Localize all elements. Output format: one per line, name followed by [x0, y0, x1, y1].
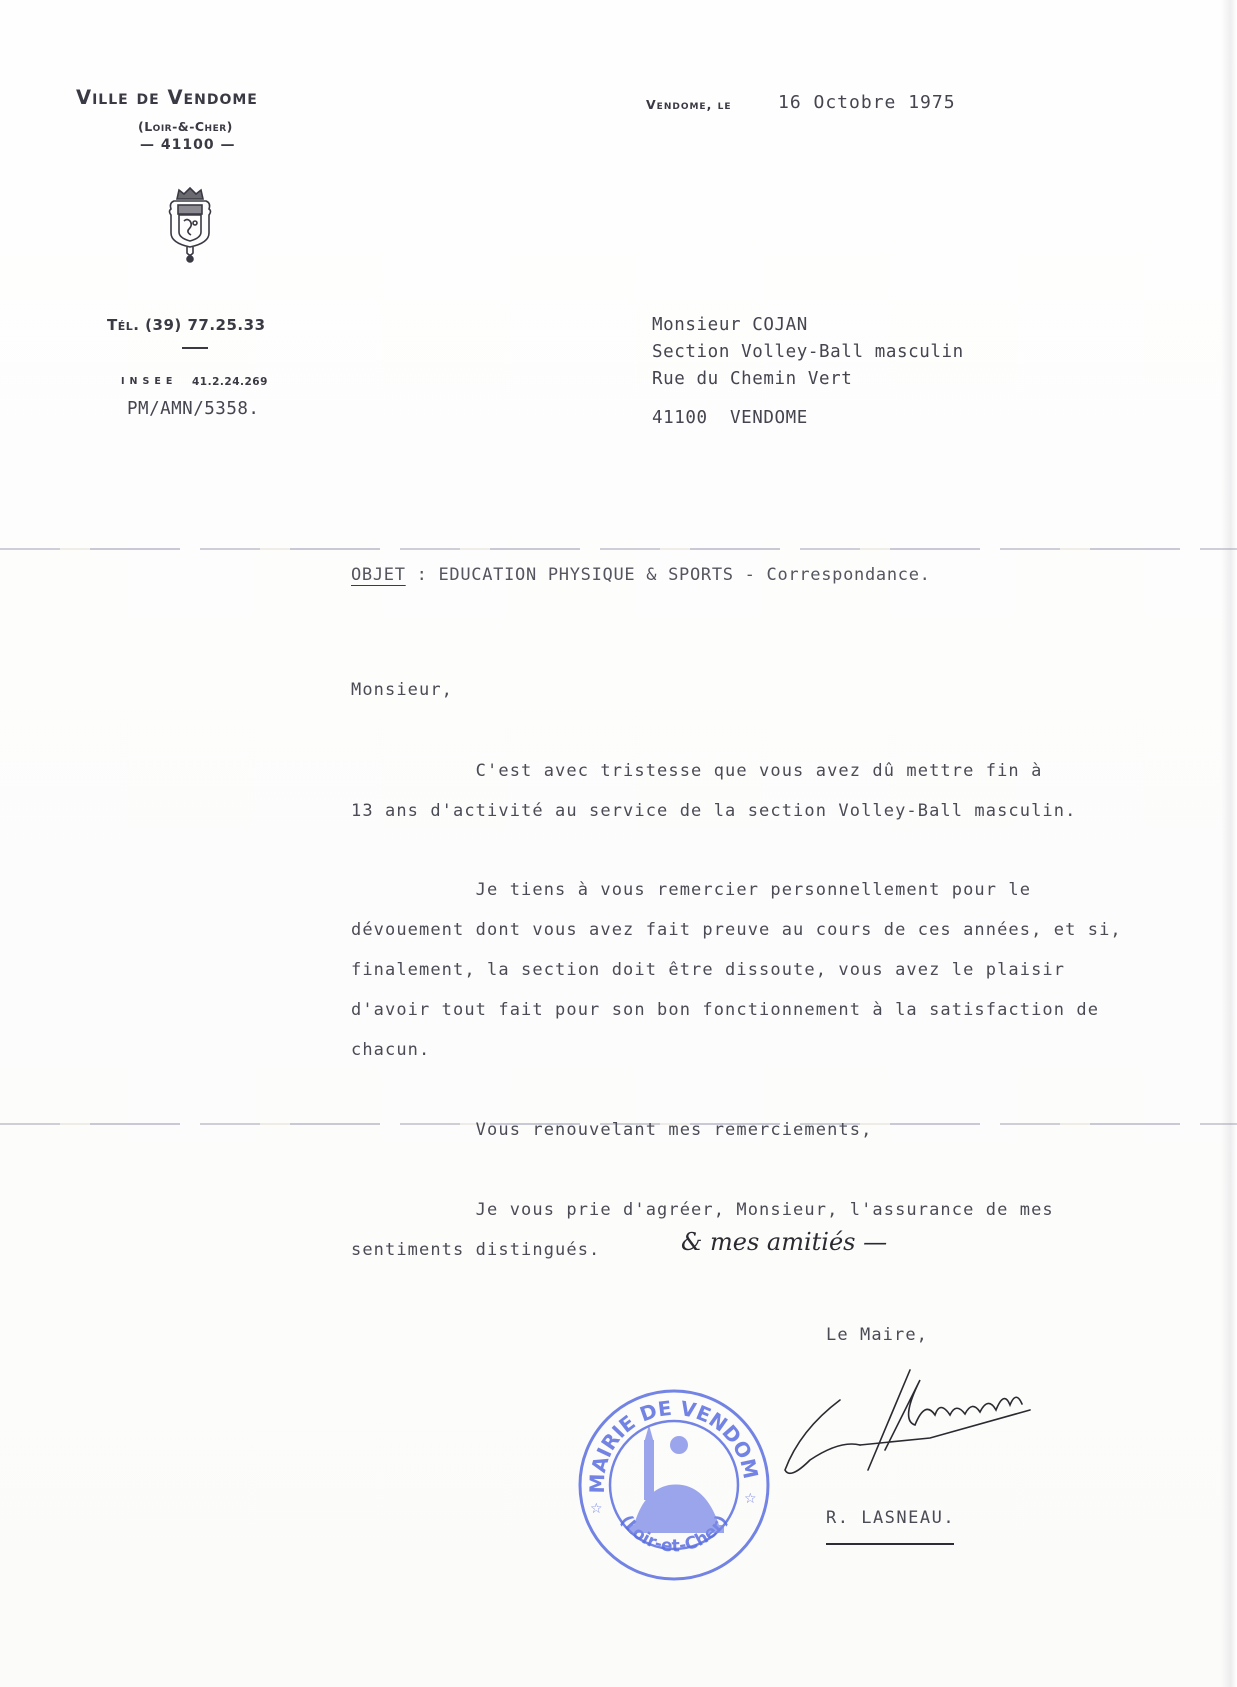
subject-text: : EDUCATION PHYSIQUE & SPORTS - Correspo… — [406, 565, 931, 585]
letterhead-department: (Loir-&-Cher) — [138, 119, 233, 134]
letterhead-telephone: Tél. (39) 77.25.33 — [107, 316, 266, 334]
signatory-name: R. LASNEAU. — [826, 1508, 955, 1528]
dateline-date: 16 Octobre 1975 — [778, 92, 956, 113]
signatory-title: Le Maire, — [826, 1325, 928, 1345]
recipient-name: Monsieur COJAN — [652, 312, 964, 339]
salutation: Monsieur, — [351, 680, 453, 700]
svg-text:☆: ☆ — [744, 1491, 757, 1507]
svg-text:MAIRIE DE VENDOME: MAIRIE DE VENDOME — [574, 1385, 763, 1494]
svg-text:☆: ☆ — [590, 1501, 603, 1517]
paragraph-line: 13 ans d'activité au service de la secti… — [351, 801, 1076, 821]
paragraph-line: sentiments distingués. — [351, 1240, 600, 1260]
signatory-underline — [826, 1543, 954, 1545]
letter-reference: PM/AMN/5358. — [127, 399, 259, 419]
letterhead-divider — [182, 347, 208, 349]
paragraph-line: Vous renouvelant mes remerciements, — [351, 1120, 872, 1140]
paragraph-line: chacun. — [351, 1040, 430, 1060]
insee-label: INSEE — [121, 376, 177, 387]
recipient-address: Monsieur COJAN Section Volley-Ball mascu… — [652, 312, 964, 432]
handwritten-signature — [760, 1360, 1040, 1490]
paper-edge — [1221, 0, 1237, 1687]
official-seal-icon: MAIRIE DE VENDOME (Loir-et-Cher) ☆ ☆ — [574, 1385, 774, 1585]
paper-fold-line — [0, 548, 1237, 550]
insee-number: 41.2.24.269 — [192, 376, 268, 388]
letterhead-city: Ville de Vendome — [76, 86, 258, 109]
coat-of-arms-icon — [165, 185, 215, 265]
letter-subject: OBJET : EDUCATION PHYSIQUE & SPORTS - Co… — [351, 565, 931, 585]
paragraph-line: d'avoir tout fait pour son bon fonctionn… — [351, 1000, 1099, 1020]
paragraph-line: Je tiens à vous remercier personnellemen… — [351, 880, 1031, 900]
letterhead-postcode: — 41100 — — [140, 137, 235, 153]
paragraph-line: C'est avec tristesse que vous avez dû me… — [351, 761, 1042, 781]
seal-top-text: MAIRIE DE VENDOME — [574, 1385, 763, 1494]
recipient-city: 41100 VENDOME — [652, 405, 964, 432]
dateline-place: Vendome, le — [646, 97, 732, 112]
recipient-street: Rue du Chemin Vert — [652, 366, 964, 393]
paragraph-line: dévouement dont vous avez fait preuve au… — [351, 920, 1122, 940]
handwritten-addition: & mes amitiés — — [681, 1228, 887, 1256]
recipient-organisation: Section Volley-Ball masculin — [652, 339, 964, 366]
paragraph-line: Je vous prie d'agréer, Monsieur, l'assur… — [351, 1200, 1054, 1220]
subject-label: OBJET — [351, 565, 406, 585]
paragraph-line: finalement, la section doit être dissout… — [351, 960, 1065, 980]
